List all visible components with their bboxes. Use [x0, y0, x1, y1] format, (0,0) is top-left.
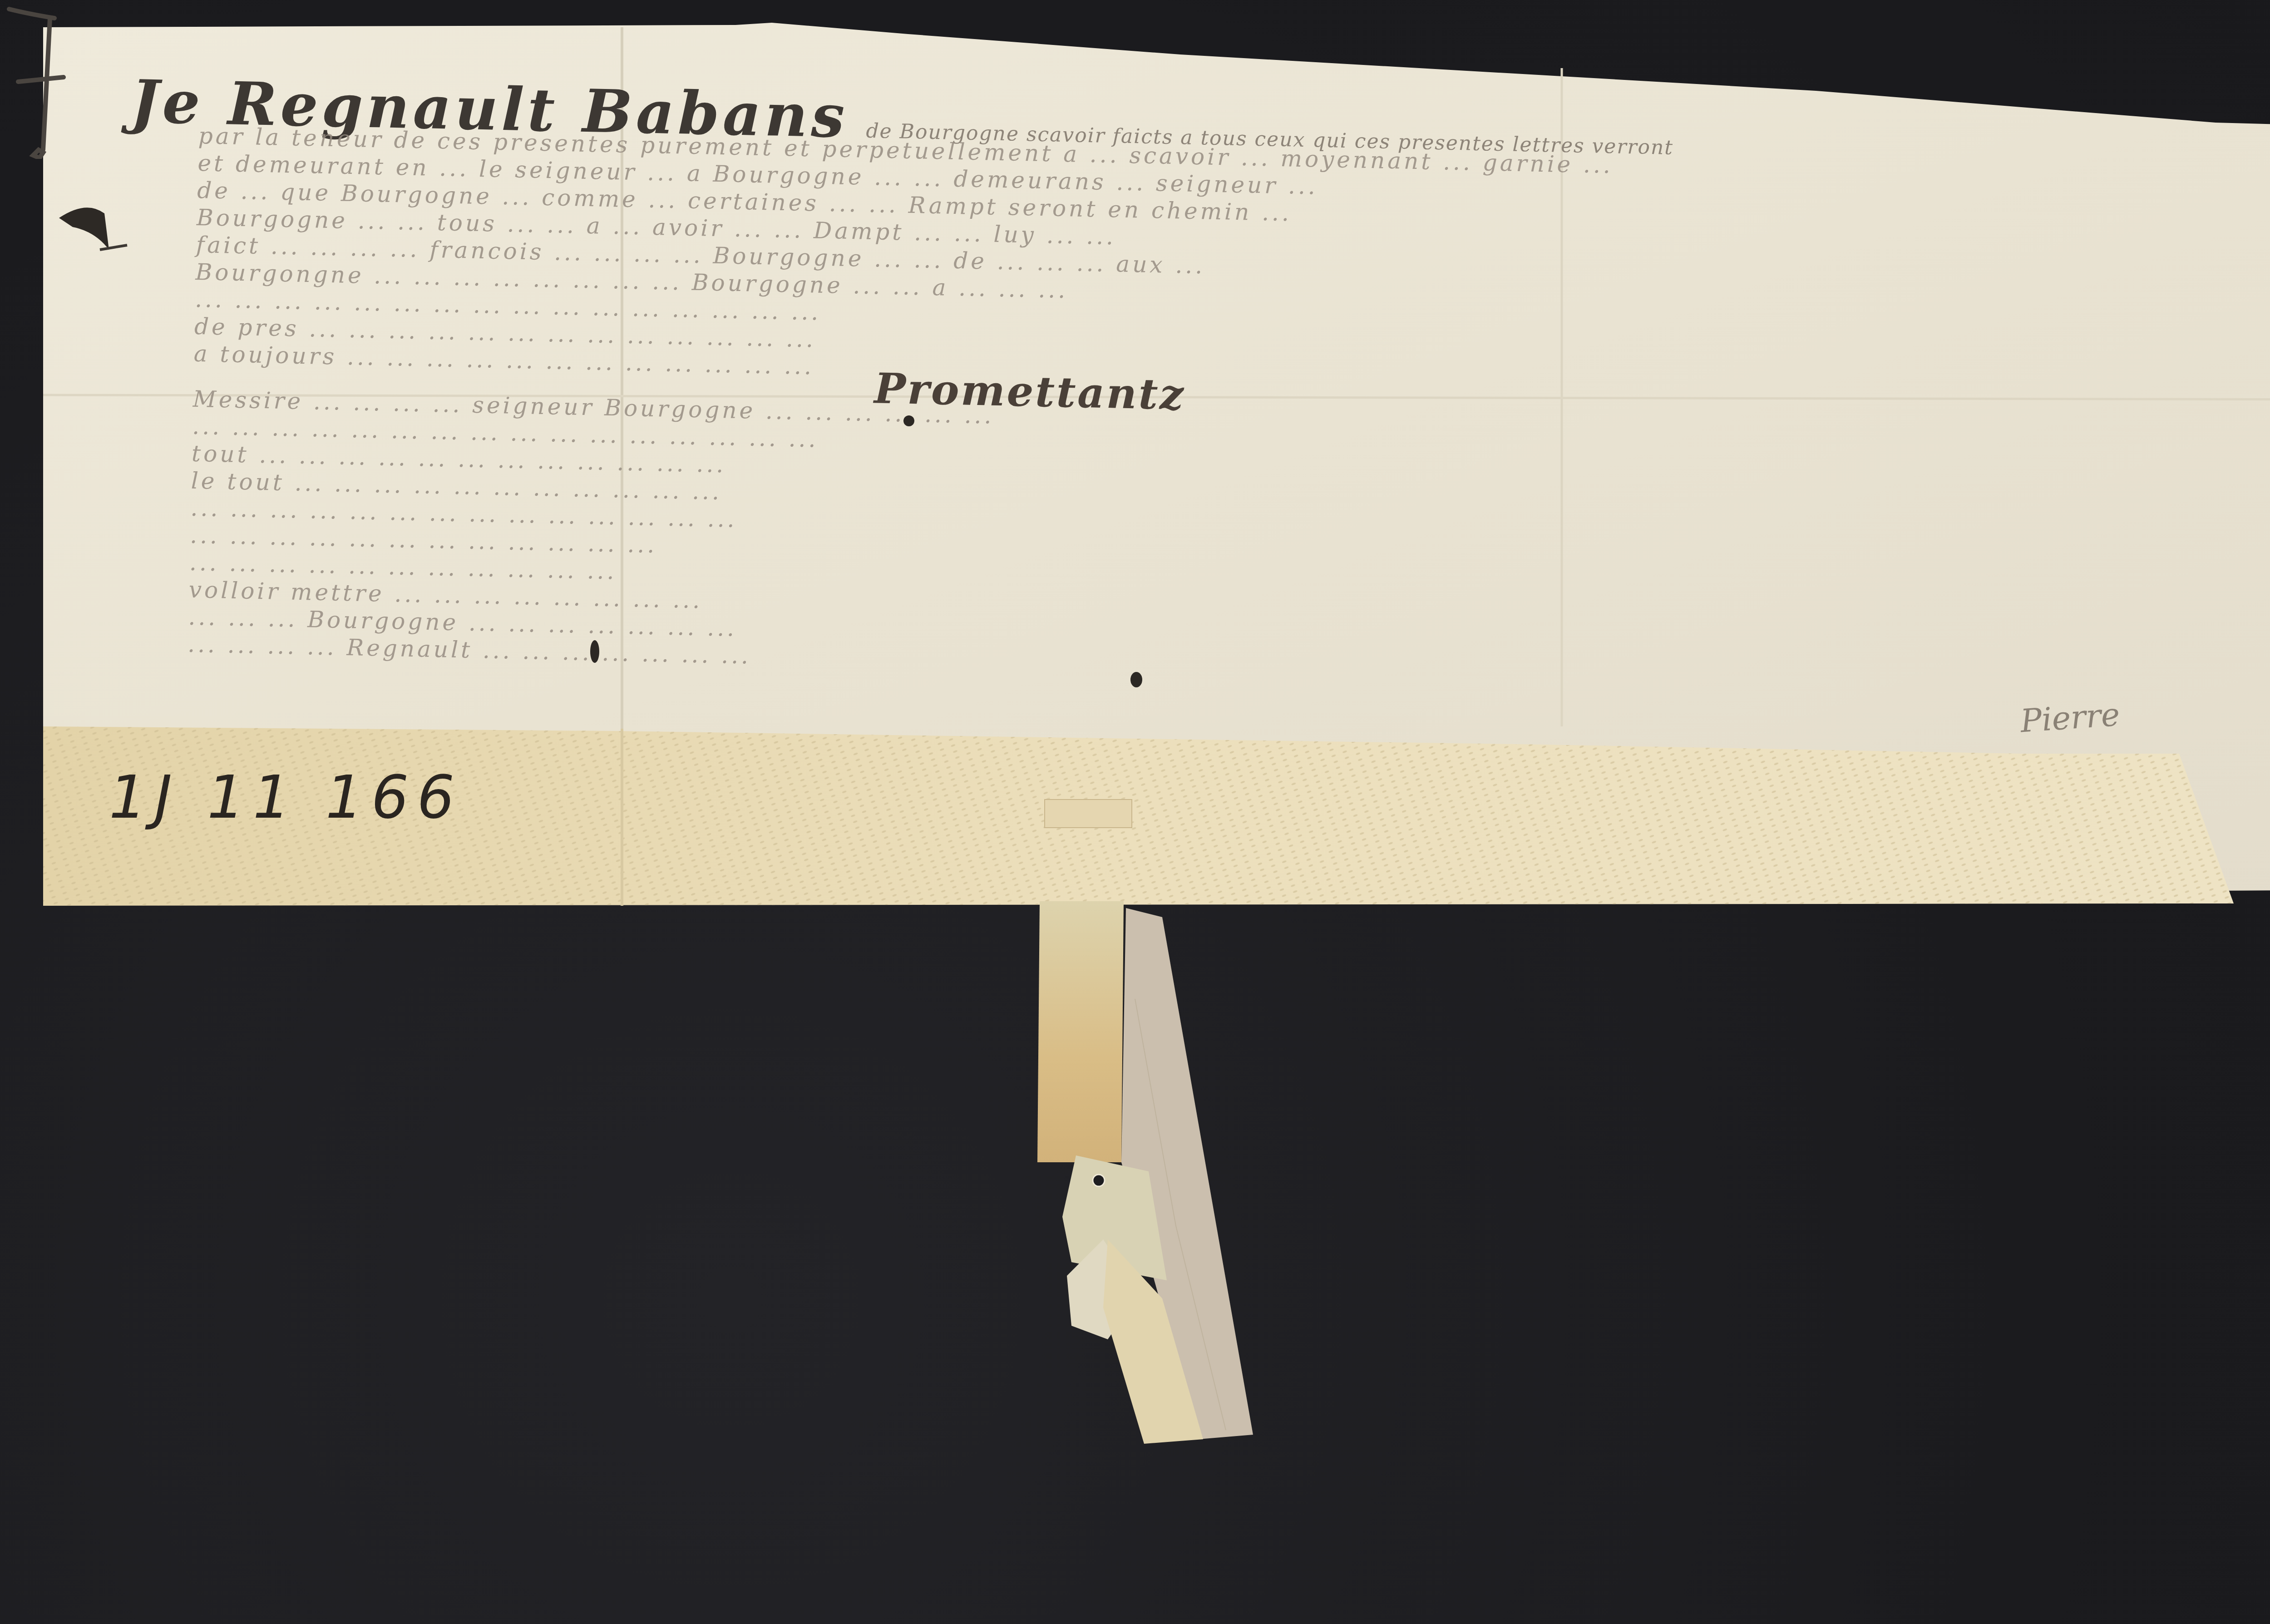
seal-tag-slot [1044, 799, 1132, 828]
ink-blot [590, 640, 599, 663]
signature: Pierre [2019, 696, 2121, 740]
archive-shelfmark: 1J 11 166 [109, 763, 463, 832]
ink-blot [1130, 672, 1142, 687]
tag-strip-yellow [1037, 901, 1124, 1162]
charter-text: Je Regnault Babansde Bourgogne scavoir f… [186, 68, 2270, 795]
promettantz-word: Promettantz [873, 364, 1185, 419]
ink-blot [903, 415, 914, 426]
parchment-sheet: Je Regnault Babansde Bourgogne scavoir f… [0, 0, 2270, 908]
ink-flourish-icon [54, 200, 145, 268]
decorated-initial-icon [0, 0, 68, 159]
